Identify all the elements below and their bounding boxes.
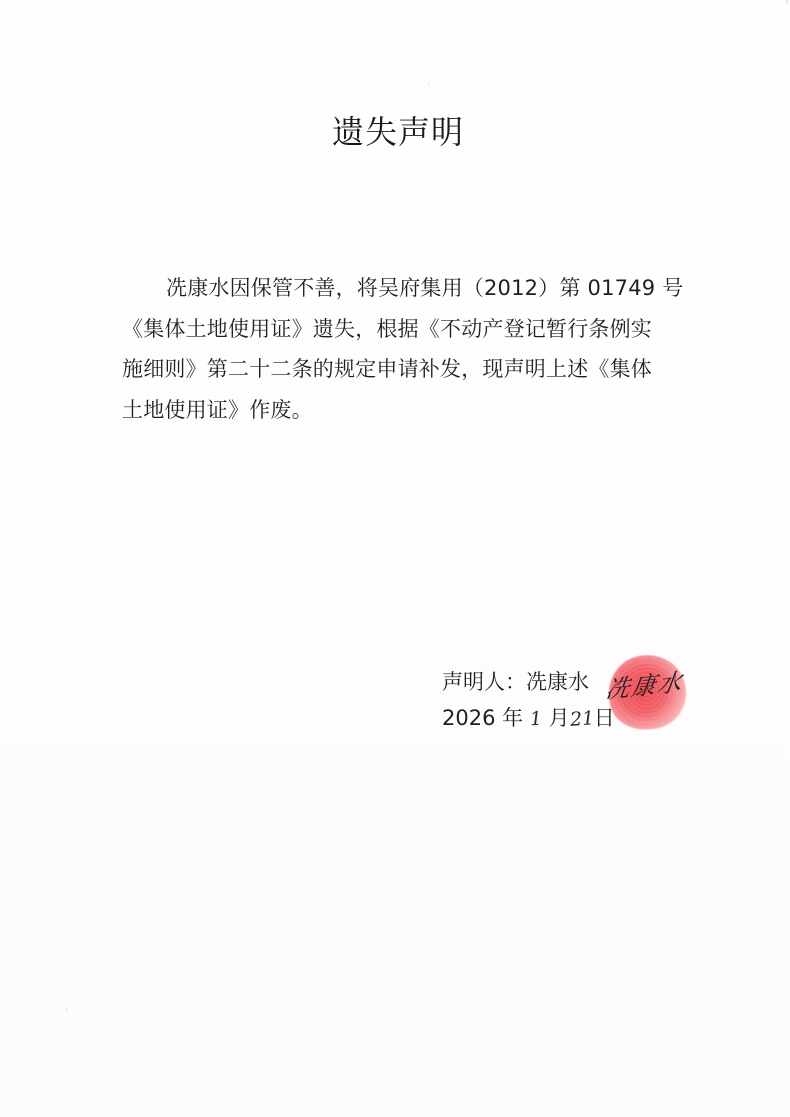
date-year: 2026 [442,706,495,730]
declarant-name: 冼康水 [526,670,589,694]
body-line-3: 施细则》第二十二条的规定申请补发，现声明上述《集体 [122,349,674,390]
date-month-handwritten: 1 [529,701,544,738]
scan-artifact [786,0,788,4]
date-month-suffix: 月 [549,706,570,730]
body-line-1: 冼康水因保管不善，将吴府集用（2012）第 01749 号 [122,268,674,309]
scan-artifact [428,83,429,87]
declarant-label: 声明人： [442,670,526,694]
body-line-2: 《集体土地使用证》遗失，根据《不动产登记暂行条例实 [122,309,674,350]
document-title: 遗失声明 [0,107,790,153]
body-line-4: 土地使用证》作废。 [122,390,674,431]
document-page: 遗失声明 冼康水因保管不善，将吴府集用（2012）第 01749 号 《集体土地… [0,0,790,1117]
declaration-body: 冼康水因保管不善，将吴府集用（2012）第 01749 号 《集体土地使用证》遗… [122,268,674,430]
declarant-line: 声明人：冼康水 [442,664,615,700]
date-line: 2026 年 1 月21日 [442,700,615,737]
scan-artifact [66,1008,67,1012]
date-year-suffix: 年 [502,706,523,730]
date-day-suffix: 日 [594,706,615,730]
date-day-handwritten: 21 [568,700,595,738]
signature-block: 声明人：冼康水 2026 年 1 月21日 [442,664,615,737]
